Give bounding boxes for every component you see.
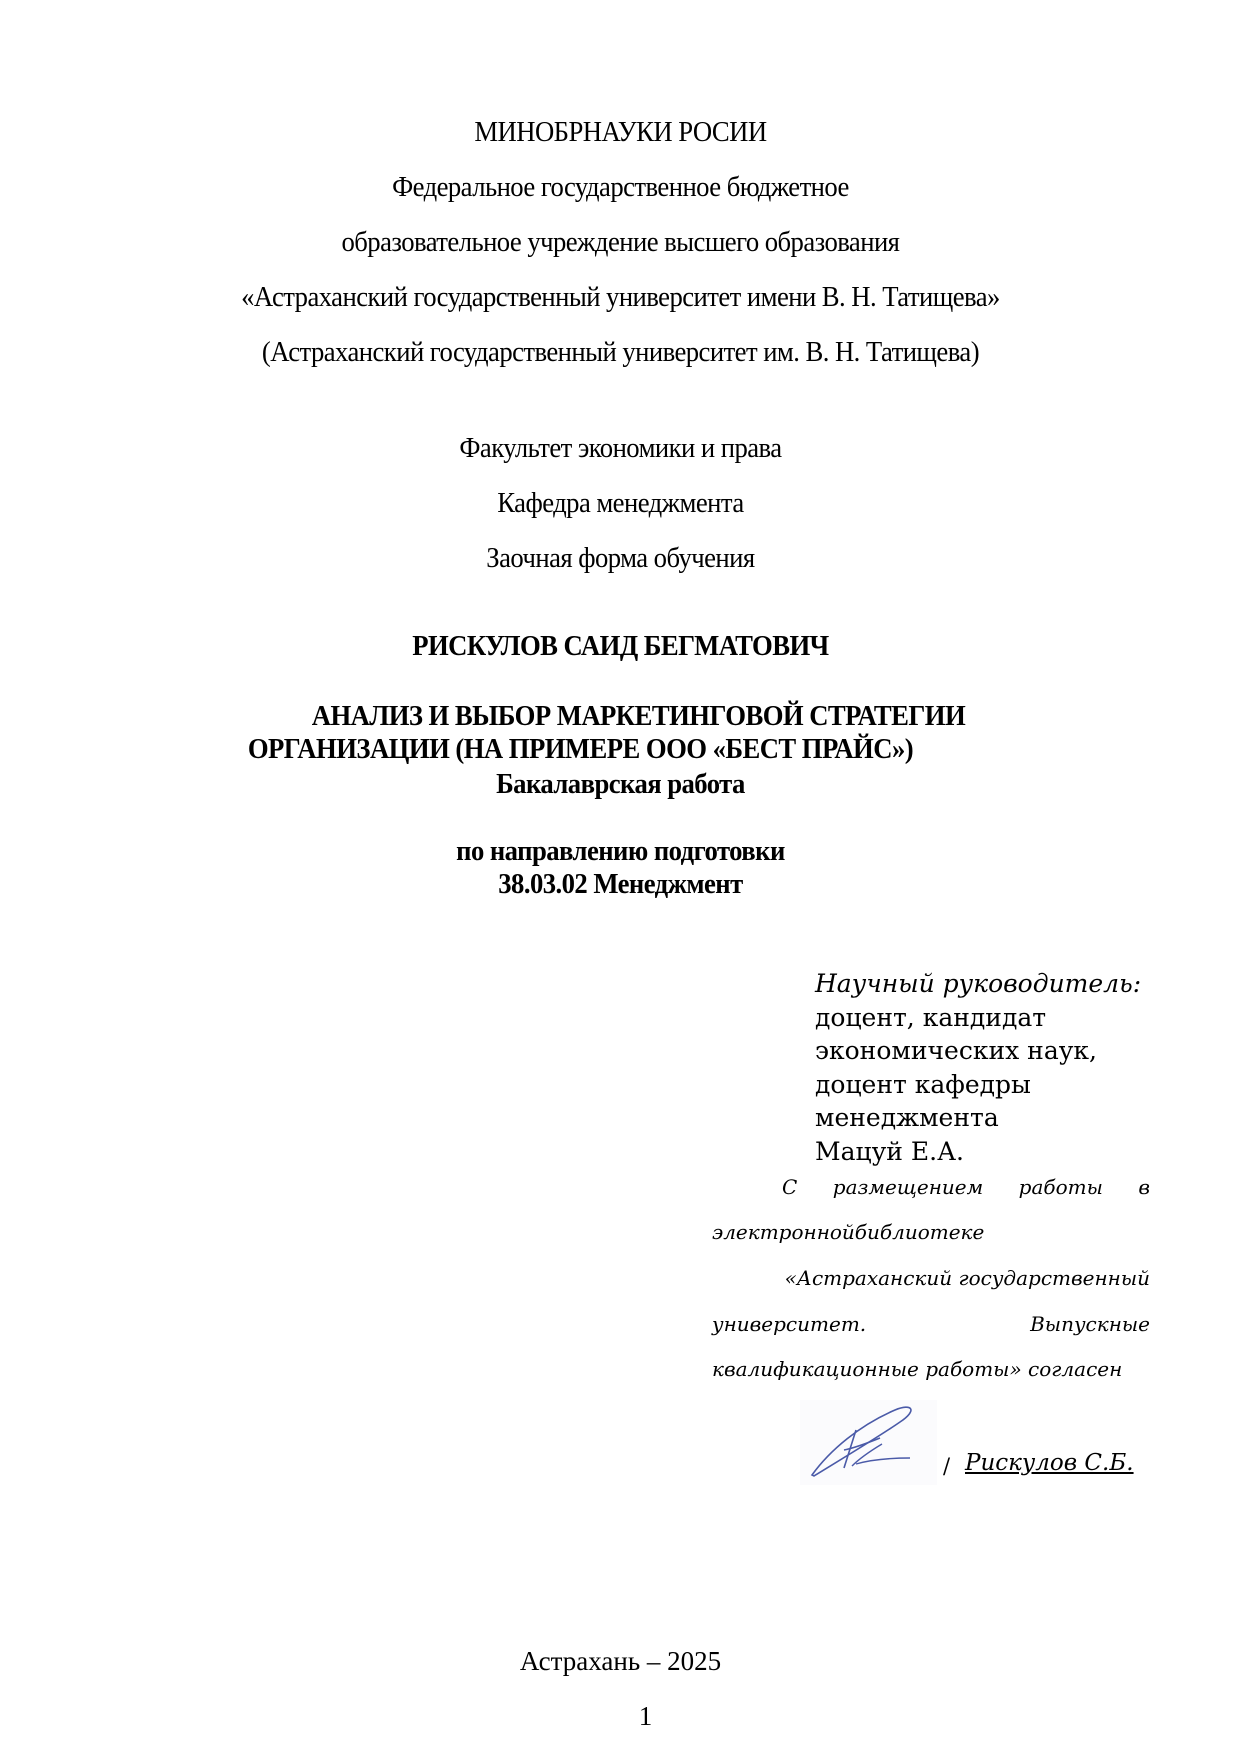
thesis-title-line-1: АНАЛИЗ И ВЫБОР МАРКЕТИНГОВОЙ СТРАТЕГИИ <box>68 700 1210 733</box>
author-name: РИСКУЛОВ САИД БЕГМАТОВИЧ <box>50 630 1192 663</box>
study-form: Заочная форма обучения <box>50 542 1192 575</box>
page-number: 1 <box>25 1701 1241 1732</box>
direction-label: по направлению подготовки <box>50 835 1192 868</box>
institution-line-2: образовательное учреждение высшего образ… <box>50 226 1192 259</box>
signer-name: Рискулов С.Б. <box>965 1450 1134 1476</box>
supervisor-line: менеджмента <box>815 1101 1141 1135</box>
work-type: Бакалаврская работа <box>50 768 1192 801</box>
title-page: МИНОБРНАУКИ РОСИИ Федеральное государств… <box>0 0 1241 1755</box>
consent-word: работы <box>1019 1175 1103 1199</box>
thesis-title-line-2: ОРГАНИЗАЦИИ (НА ПРИМЕРЕ ООО «БЕСТ ПРАЙС»… <box>10 733 1152 766</box>
consent-word: размещением <box>833 1175 983 1199</box>
consent-word: С <box>782 1175 797 1199</box>
supervisor-line: экономических наук, <box>815 1034 1141 1068</box>
institution-line-1: Федеральное государственное бюджетное <box>50 171 1192 204</box>
consent-line-1: С размещением работы в <box>782 1175 1150 1199</box>
direction-code: 38.03.02 Менеджмент <box>50 868 1192 901</box>
handwritten-signature-icon <box>800 1400 937 1485</box>
consent-word: университет. <box>712 1312 866 1336</box>
signature-separator: / <box>943 1454 950 1478</box>
city-year: Астрахань – 2025 <box>0 1646 1241 1677</box>
supervisor-line: доцент кафедры <box>815 1068 1141 1102</box>
consent-word: в <box>1138 1175 1150 1199</box>
consent-line-3: «Астраханский государственный <box>782 1266 1150 1290</box>
consent-line-5: квалификационные работы» согласен <box>712 1357 1150 1381</box>
supervisor-label: Научный руководитель: <box>815 967 1141 1001</box>
department-name: Кафедра менеджмента <box>50 487 1192 520</box>
signature-image <box>800 1400 937 1485</box>
university-short-name: (Астраханский государственный университе… <box>50 336 1192 369</box>
supervisor-block: Научный руководитель: доцент, кандидат э… <box>815 967 1141 1168</box>
consent-line-4: университет. Выпускные <box>712 1312 1150 1336</box>
supervisor-name: Мацуй Е.А. <box>815 1135 1141 1169</box>
supervisor-line: доцент, кандидат <box>815 1001 1141 1035</box>
faculty-name: Факультет экономики и права <box>50 432 1192 465</box>
university-full-name: «Астраханский государственный университе… <box>50 281 1192 314</box>
consent-word: Выпускные <box>1030 1312 1150 1336</box>
ministry-name: МИНОБРНАУКИ РОСИИ <box>50 116 1192 149</box>
consent-line-2: электроннойбиблиотеке <box>712 1220 1150 1244</box>
